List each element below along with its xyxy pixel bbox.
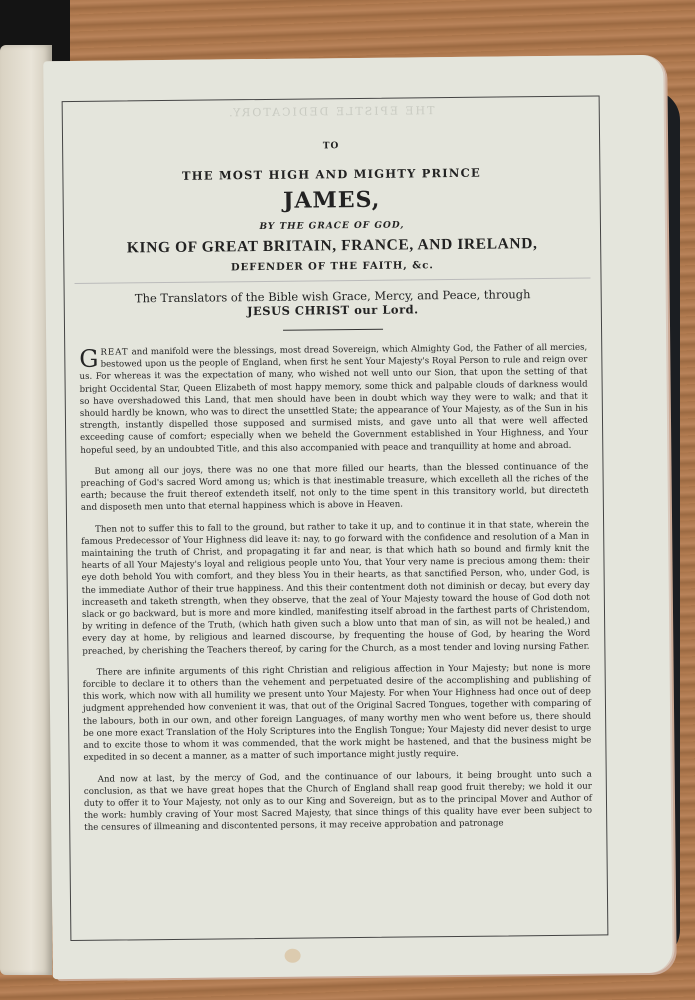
dedication-by-grace: BY THE GRACE OF GOD, bbox=[64, 218, 600, 234]
dedication-to: TO bbox=[63, 138, 599, 154]
dedication-addressee: THE MOST HIGH AND MIGHTY PRINCE bbox=[63, 164, 599, 184]
dedication-title: KING OF GREAT BRITAIN, FRANCE, AND IRELA… bbox=[64, 234, 600, 258]
drop-cap: G bbox=[79, 349, 98, 369]
dedication-defender: DEFENDER OF THE FAITH, &c. bbox=[64, 258, 600, 275]
divider-rule bbox=[75, 278, 591, 284]
paragraph-5: And now at last, by the mercy of God, an… bbox=[84, 768, 593, 834]
book-page: THE EPISTLE DEDICATORY. TO THE MOST HIGH… bbox=[43, 55, 673, 979]
paragraph-3: Then not to suffer this to fall to the g… bbox=[81, 518, 590, 658]
dedication-name: JAMES, bbox=[64, 184, 600, 216]
small-caps-opening: REAT bbox=[100, 347, 128, 357]
epistle-body: GREAT and manifold were the blessings, m… bbox=[65, 327, 606, 834]
salutation-line-2: JESUS CHRIST our Lord. bbox=[247, 302, 419, 318]
paragraph-1: GREAT and manifold were the blessings, m… bbox=[79, 342, 588, 457]
paragraph-1-text: and manifold were the blessings, most dr… bbox=[79, 343, 588, 456]
paragraph-2: But among all our joys, there was no one… bbox=[80, 460, 588, 514]
page-border-frame: THE EPISTLE DEDICATORY. TO THE MOST HIGH… bbox=[62, 95, 609, 941]
salutation: The Translators of the Bible wish Grace,… bbox=[65, 286, 601, 320]
paragraph-4: There are infinite arguments of this rig… bbox=[83, 661, 592, 764]
bleed-through-header: THE EPISTLE DEDICATORY. bbox=[63, 102, 599, 121]
paper-stain bbox=[285, 949, 301, 963]
